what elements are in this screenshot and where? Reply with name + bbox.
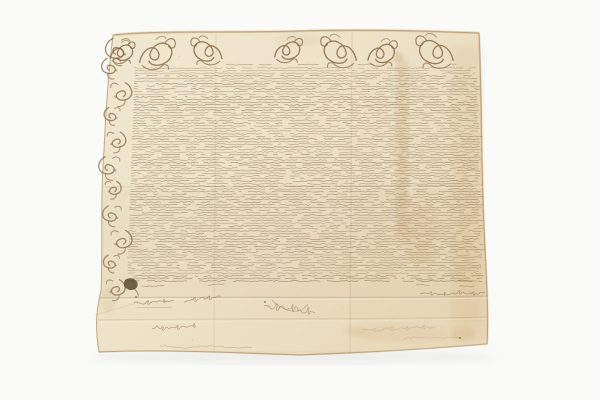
freckle — [192, 339, 193, 340]
freckle — [290, 284, 291, 285]
ink-speck — [135, 296, 137, 298]
freckle — [317, 316, 318, 317]
freckle — [179, 56, 180, 57]
freckle — [201, 235, 202, 236]
freckle — [176, 200, 177, 201]
freckle — [418, 57, 419, 58]
vine-berry — [115, 265, 117, 267]
freckle — [306, 50, 307, 51]
stain-blob — [404, 205, 436, 265]
freckle — [382, 299, 383, 300]
freckle — [227, 79, 228, 80]
bottom-right-stain — [451, 327, 475, 341]
freckle — [216, 130, 217, 131]
freckle — [342, 308, 343, 309]
freckle — [399, 313, 400, 314]
freckle — [256, 172, 257, 173]
vine-berry — [108, 191, 110, 193]
vine-berry — [115, 69, 117, 71]
vine-berry — [116, 217, 118, 219]
freckle — [363, 225, 364, 226]
vine-berry — [114, 169, 116, 171]
bottom-stain-small — [343, 326, 367, 336]
freckle — [125, 57, 126, 58]
vine-berry — [109, 291, 111, 293]
freckle — [336, 312, 337, 313]
vine-berry — [114, 243, 116, 245]
freckle — [293, 225, 294, 226]
freckle — [171, 93, 172, 94]
parchment-photo — [0, 0, 600, 400]
bottom-stain-wide — [352, 324, 448, 342]
freckle — [218, 124, 219, 125]
vine-berry — [110, 143, 112, 145]
ink-speck — [264, 301, 266, 303]
vine-berry — [114, 95, 116, 97]
freckle — [220, 72, 221, 73]
top-edge-stain — [278, 34, 322, 46]
freckle — [475, 309, 476, 310]
vine-berry — [116, 117, 118, 119]
photo-frame — [0, 0, 600, 400]
freckle — [302, 288, 303, 289]
ink-speck — [459, 337, 461, 339]
